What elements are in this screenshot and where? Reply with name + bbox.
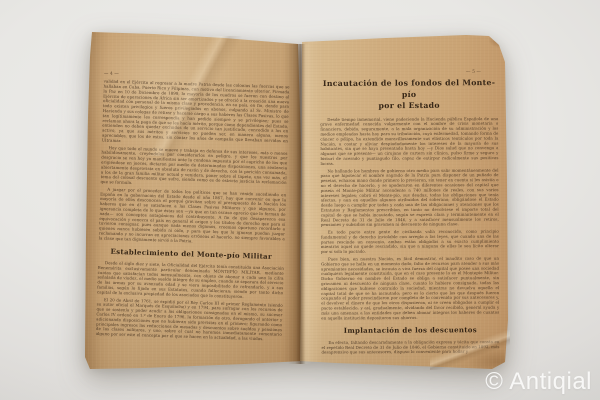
right-page: — 5 — Incautación de los fondos del Mont… [296,30,512,372]
section-heading-establecimiento: Establecimiento del Monte-pío Militar [98,247,284,262]
body-paragraph: Es todo pacto entre gente de civilizada … [321,229,499,254]
body-paragraph: validad en el Ejército al regresar a la … [102,79,290,148]
body-paragraph: A juzgar por el proceder de todos los po… [99,187,287,247]
body-paragraph: Desde el siglo diez y siete, la Oficiali… [97,260,284,300]
body-paragraph: Desde tiempo inmemorial, viene padeciend… [320,116,498,166]
chapter-heading-incautacion: Incautación de los fondos del Monte-pío … [320,77,498,112]
left-page: — 4 — validad en el Ejército al regresar… [84,27,302,370]
body-paragraph: El 20 de Abril de 1761, se expidió por e… [96,297,283,342]
right-page-number: — 5 — [320,69,498,76]
body-paragraph: En efecto, faltando descaradamente a la … [321,339,499,355]
chapter-heading-line2: por el Estado [320,100,498,112]
left-page-text: — 4 — validad en el Ejército al regresar… [96,71,290,345]
section-heading-implantacion: Implantación de los descuentos [321,326,499,336]
body-paragraph: Pues bien, en nuestra Nación, es fácil d… [321,256,499,321]
watermark: © Antiqial [485,368,592,396]
booklet: — 4 — validad en el Ejército al regresar… [0,0,600,400]
body-paragraph: No hallando los hombres de gobierno otro… [321,168,499,228]
right-page-text: — 5 — Incautación de los fondos del Mont… [320,69,500,358]
photo-background: — 4 — validad en el Ejército al regresar… [0,0,600,400]
body-paragraph: Hoy que todo el mundo se mueve y trabaja… [100,145,287,190]
chapter-heading-line1: Incautación de los fondos del Monte-pío [320,77,498,100]
